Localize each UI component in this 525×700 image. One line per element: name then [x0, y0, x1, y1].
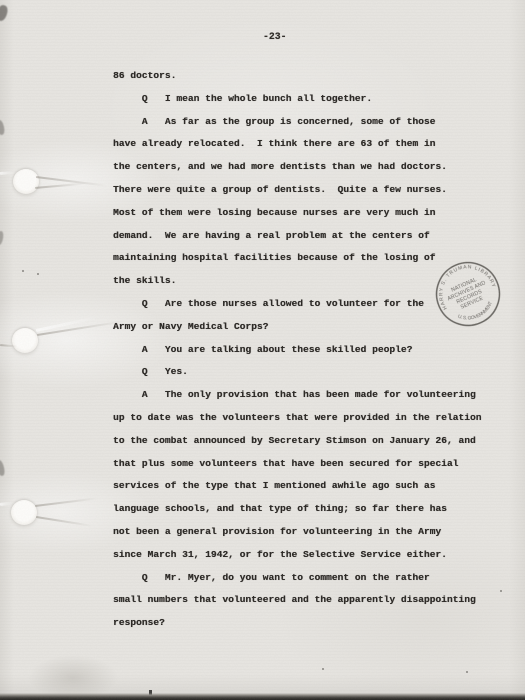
- scan-edge-mark: [0, 4, 9, 22]
- scan-edge-mark: [0, 459, 6, 476]
- paper-crease: [0, 502, 14, 506]
- document-text: 86 doctors. Q I mean the whole bunch all…: [113, 70, 513, 640]
- document-line: Q Mr. Myer, do you want to comment on th…: [113, 572, 513, 595]
- scan-edge-mark: [0, 119, 5, 135]
- page-number: -23-: [263, 31, 287, 42]
- document-line: language schools, and that type of thing…: [113, 503, 513, 526]
- punch-hole: [13, 169, 39, 194]
- document-line: Most of them were losing because nurses …: [113, 207, 513, 230]
- document-line: A As far as the group is concerned, some…: [113, 116, 513, 139]
- document-line: response?: [113, 617, 513, 640]
- document-line: not been a general provision for volunte…: [113, 526, 513, 549]
- scan-speck: [322, 668, 324, 670]
- document-line: A The only provision that has been made …: [113, 389, 513, 412]
- document-line: services of the type that I mentioned aw…: [113, 480, 513, 503]
- document-line: There were quite a group of dentists. Qu…: [113, 184, 513, 207]
- paper-crease: [0, 171, 16, 175]
- scanned-document-page: -23- 86 doctors. Q I mean the whole bunc…: [0, 0, 525, 700]
- scan-speck: [37, 273, 39, 275]
- document-line: 86 doctors.: [113, 70, 513, 93]
- document-line: the centers, and we had more dentists th…: [113, 161, 513, 184]
- scan-bottom-edge: [0, 693, 525, 700]
- document-line: small numbers that volunteered and the a…: [113, 594, 513, 617]
- scan-speck: [22, 270, 24, 272]
- scan-edge-mark: [0, 231, 4, 246]
- document-line: to the combat announced by Secretary Sti…: [113, 435, 513, 458]
- document-line: since March 31, 1942, or for the Selecti…: [113, 549, 513, 572]
- document-line: that plus some volunteers that have been…: [113, 458, 513, 481]
- document-line: demand. We are having a real problem at …: [113, 230, 513, 253]
- paper-crease: [36, 516, 97, 527]
- document-line: have already relocated. I think there ar…: [113, 138, 513, 161]
- document-line: A You are talking about these skilled pe…: [113, 344, 513, 367]
- document-line: Q I mean the whole bunch all together.: [113, 93, 513, 116]
- document-line: Q Yes.: [113, 366, 513, 389]
- document-line: up to date was the volunteers that were …: [113, 412, 513, 435]
- paper-crease: [35, 497, 103, 507]
- paper-crease: [0, 344, 18, 347]
- punch-hole: [11, 500, 37, 525]
- scan-speck: [500, 590, 502, 592]
- punch-hole: [12, 328, 38, 353]
- paper-crease: [35, 182, 90, 188]
- scan-speck: [466, 671, 468, 673]
